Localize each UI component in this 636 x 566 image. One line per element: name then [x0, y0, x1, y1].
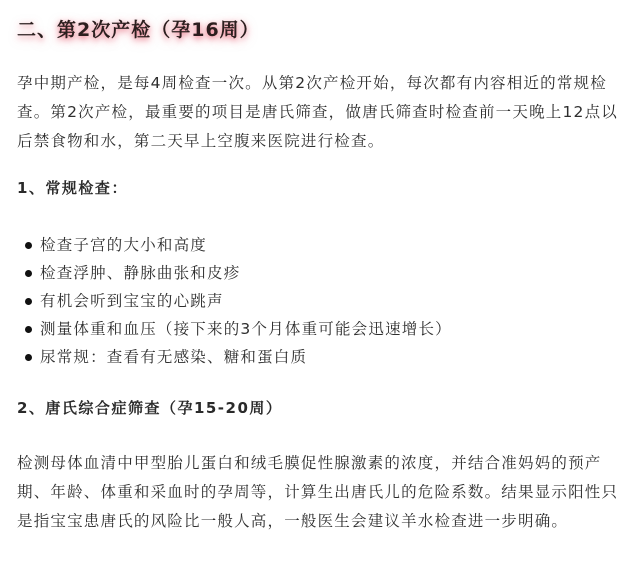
intro-paragraph: 孕中期产检，是每4周检查一次。从第2次产检开始，每次都有内容相近的常规检查。第2… — [17, 69, 621, 156]
section-heading-routine-checks: 1、常规检查： — [17, 177, 128, 198]
routine-checks-list: 检查子宫的大小和高度 检查浮肿、静脉曲张和皮疹 有机会听到宝宝的心跳声 测量体重… — [22, 231, 452, 371]
list-item: 有机会听到宝宝的心跳声 — [22, 287, 452, 315]
screening-paragraph: 检测母体血清中甲型胎儿蛋白和绒毛膜促性腺激素的浓度，并结合准妈妈的预产期、年龄、… — [17, 449, 621, 536]
bullet-icon — [25, 270, 32, 277]
bullet-icon — [25, 298, 32, 305]
list-item: 检查浮肿、静脉曲张和皮疹 — [22, 259, 452, 287]
list-item-text: 测量体重和血压（接下来的3个月体重可能会迅速增长） — [40, 320, 452, 338]
section-heading-down-syndrome-screening: 2、唐氏综合症筛查（孕15-20周） — [17, 397, 282, 418]
document-page: 二、第2次产检（孕16周） 孕中期产检，是每4周检查一次。从第2次产检开始，每次… — [0, 0, 636, 566]
list-item-text: 检查浮肿、静脉曲张和皮疹 — [40, 264, 240, 282]
list-item-text: 有机会听到宝宝的心跳声 — [40, 292, 224, 310]
bullet-icon — [25, 326, 32, 333]
list-item-text: 检查子宫的大小和高度 — [40, 236, 207, 254]
list-item-text: 尿常规：查看有无感染、糖和蛋白质 — [40, 348, 307, 366]
list-item: 检查子宫的大小和高度 — [22, 231, 452, 259]
page-title: 二、第2次产检（孕16周） — [17, 15, 260, 42]
bullet-icon — [25, 354, 32, 361]
list-item: 测量体重和血压（接下来的3个月体重可能会迅速增长） — [22, 315, 452, 343]
bullet-icon — [25, 242, 32, 249]
list-item: 尿常规：查看有无感染、糖和蛋白质 — [22, 343, 452, 371]
